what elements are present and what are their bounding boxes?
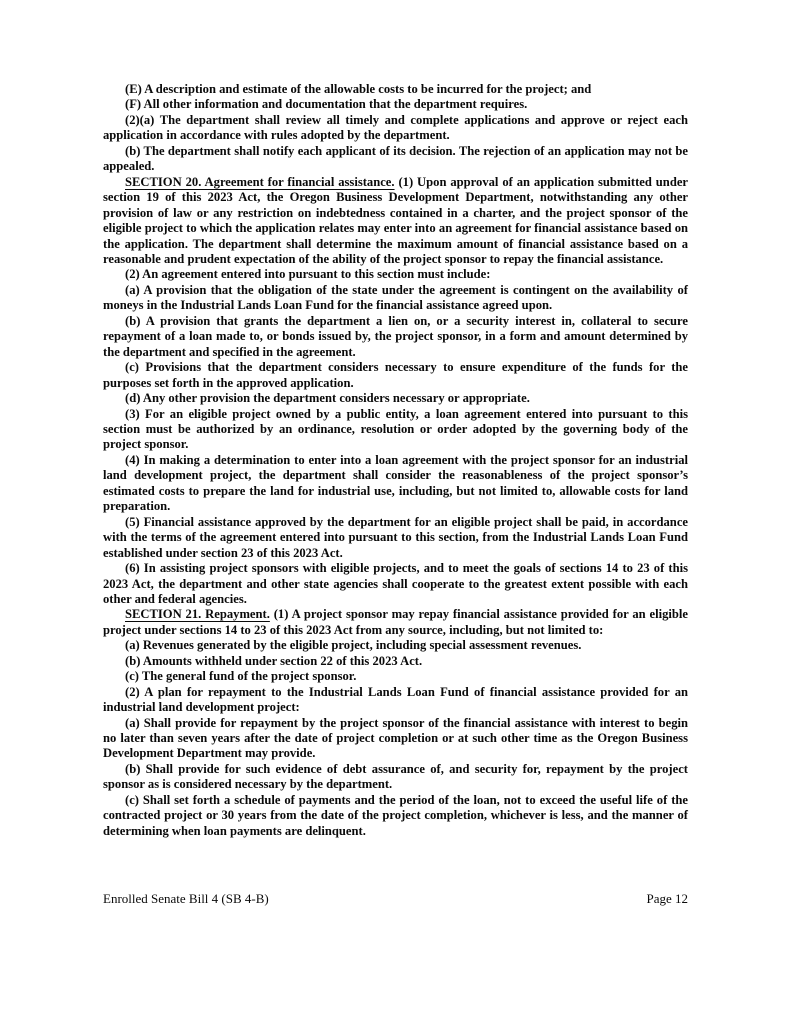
section-heading-text: SECTION 20. Agreement for financial assi… [125,175,395,189]
para-20-2c: (c) Provisions that the department consi… [103,360,688,391]
section-20: SECTION 20. Agreement for financial assi… [103,175,688,268]
paragraph-text: (E) A description and estimate of the al… [125,82,591,96]
para-21-2a: (a) Shall provide for repayment by the p… [103,716,688,762]
para-2a: (2)(a) The department shall review all t… [103,113,688,144]
para-20-5: (5) Financial assistance approved by the… [103,515,688,561]
para-20-4: (4) In making a determination to enter i… [103,453,688,515]
paragraph-text: (a) Revenues generated by the eligible p… [125,638,581,652]
section-heading-text: SECTION 21. Repayment. [125,607,270,621]
section-21: SECTION 21. Repayment. (1) A project spo… [103,607,688,638]
footer-page-number: Page 12 [646,891,688,907]
document-body: (E) A description and estimate of the al… [103,82,688,839]
paragraph-text: (F) All other information and documentat… [125,97,527,111]
para-21-1c: (c) The general fund of the project spon… [103,669,688,684]
paragraph-text: (6) In assisting project sponsors with e… [103,561,688,606]
paragraph-text: (3) For an eligible project owned by a p… [103,407,688,452]
para-21-2c: (c) Shall set forth a schedule of paymen… [103,793,688,839]
paragraph-text: (4) In making a determination to enter i… [103,453,688,513]
para-20-2b: (b) A provision that grants the departme… [103,314,688,360]
paragraph-text: (b) The department shall notify each app… [103,144,688,173]
para-20-3: (3) For an eligible project owned by a p… [103,407,688,453]
para-21-2b: (b) Shall provide for such evidence of d… [103,762,688,793]
paragraph-text: (c) Shall set forth a schedule of paymen… [103,793,688,838]
para-e: (E) A description and estimate of the al… [103,82,688,97]
para-21-2: (2) A plan for repayment to the Industri… [103,685,688,716]
paragraph-text: (2)(a) The department shall review all t… [103,113,688,142]
para-20-2a: (a) A provision that the obligation of t… [103,283,688,314]
paragraph-text: (2) An agreement entered into pursuant t… [125,267,490,281]
para-2b: (b) The department shall notify each app… [103,144,688,175]
para-21-1a: (a) Revenues generated by the eligible p… [103,638,688,653]
para-20-2d: (d) Any other provision the department c… [103,391,688,406]
footer-bill-label: Enrolled Senate Bill 4 (SB 4-B) [103,891,269,907]
paragraph-text: (b) A provision that grants the departme… [103,314,688,359]
para-21-1b: (b) Amounts withheld under section 22 of… [103,654,688,669]
para-20-6: (6) In assisting project sponsors with e… [103,561,688,607]
paragraph-text: (c) Provisions that the department consi… [103,360,688,389]
paragraph-text: (a) Shall provide for repayment by the p… [103,716,688,761]
paragraph-text: (a) A provision that the obligation of t… [103,283,688,312]
paragraph-text: (b) Amounts withheld under section 22 of… [125,654,422,668]
paragraph-text: (d) Any other provision the department c… [125,391,530,405]
page-footer: Enrolled Senate Bill 4 (SB 4-B) Page 12 [103,891,688,907]
para-f: (F) All other information and documentat… [103,97,688,112]
paragraph-text: (2) A plan for repayment to the Industri… [103,685,688,714]
document-page: (E) A description and estimate of the al… [0,0,800,1035]
paragraph-text: (c) The general fund of the project spon… [125,669,356,683]
paragraph-text: (5) Financial assistance approved by the… [103,515,688,560]
paragraph-text: (b) Shall provide for such evidence of d… [103,762,688,791]
para-20-2: (2) An agreement entered into pursuant t… [103,267,688,282]
